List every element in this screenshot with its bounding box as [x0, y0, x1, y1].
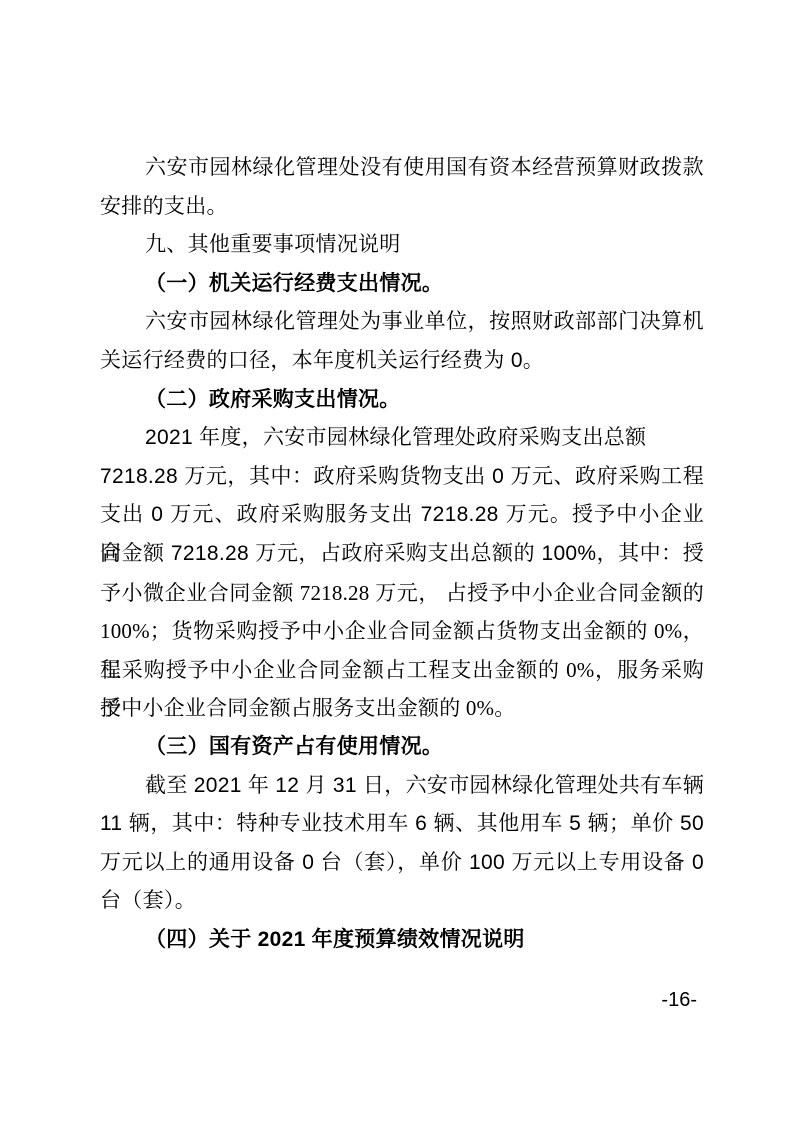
para-operating-expense: 六安市园林绿化管理处为事业单位，按照财政部部门决算机关运行经费的口径，本年度机关…	[100, 303, 704, 380]
heading-sub-4-budget-performance: （四）关于 2021 年度预算绩效情况说明	[100, 921, 704, 960]
para-no-state-capital-expenditure: 六安市园林绿化管理处没有使用国有资本经营预算财政拨款安排的支出。	[100, 149, 704, 226]
text-line: （四）关于 2021 年度预算绩效情况说明	[100, 921, 704, 960]
text-line: 台（套）。	[100, 882, 704, 921]
heading-sub-2-gov-procurement: （二）政府采购支出情况。	[100, 381, 704, 420]
text-line: 同金额 7218.28 万元，占政府采购支出总额的 100%，其中：授	[100, 535, 704, 574]
heading-sub-1-operating-expense: （一）机关运行经费支出情况。	[100, 265, 704, 304]
text-line: 六安市园林绿化管理处没有使用国有资本经营预算财政拨款	[100, 149, 704, 188]
text-line: 九、其他重要事项情况说明	[100, 226, 704, 265]
text-line: 截至 2021 年 12 月 31 日，六安市园林绿化管理处共有车辆	[100, 767, 704, 806]
text-line: 安排的支出。	[100, 188, 704, 227]
text-line: （一）机关运行经费支出情况。	[100, 265, 704, 304]
document-page: 六安市园林绿化管理处没有使用国有资本经营预算财政拨款安排的支出。九、其他重要事项…	[0, 0, 793, 1122]
text-line: 予小微企业合同金额 7218.28 万元， 占授予中小企业合同金额的	[100, 574, 704, 613]
text-line: （三）国有资产占有使用情况。	[100, 728, 704, 767]
page-number: -16-	[661, 985, 697, 1015]
text-line: （二）政府采购支出情况。	[100, 381, 704, 420]
document-body: 六安市园林绿化管理处没有使用国有资本经营预算财政拨款安排的支出。九、其他重要事项…	[100, 149, 704, 959]
text-line: 程采购授予中小企业合同金额占工程支出金额的 0%，服务采购授	[100, 651, 704, 690]
heading-section-nine: 九、其他重要事项情况说明	[100, 226, 704, 265]
text-line: 11 辆，其中：特种专业技术用车 6 辆、其他用车 5 辆；单价 50	[100, 805, 704, 844]
heading-sub-3-state-assets: （三）国有资产占有使用情况。	[100, 728, 704, 767]
para-gov-procurement: 2021 年度，六安市园林绿化管理处政府采购支出总额7218.28 万元，其中：…	[100, 419, 704, 728]
text-line: 100%；货物采购授予中小企业合同金额占货物支出金额的 0%，工	[100, 612, 704, 651]
text-line: 六安市园林绿化管理处为事业单位，按照财政部部门决算机	[100, 303, 704, 342]
para-state-assets: 截至 2021 年 12 月 31 日，六安市园林绿化管理处共有车辆11 辆，其…	[100, 767, 704, 921]
text-line: 予中小企业合同金额占服务支出金额的 0%。	[100, 689, 704, 728]
text-line: 万元以上的通用设备 0 台（套），单价 100 万元以上专用设备 0	[100, 844, 704, 883]
text-line: 关运行经费的口径，本年度机关运行经费为 0。	[100, 342, 704, 381]
text-line: 2021 年度，六安市园林绿化管理处政府采购支出总额	[100, 419, 704, 458]
text-line: 支出 0 万元、政府采购服务支出 7218.28 万元。授予中小企业合	[100, 496, 704, 535]
text-line: 7218.28 万元，其中：政府采购货物支出 0 万元、政府采购工程	[100, 458, 704, 497]
